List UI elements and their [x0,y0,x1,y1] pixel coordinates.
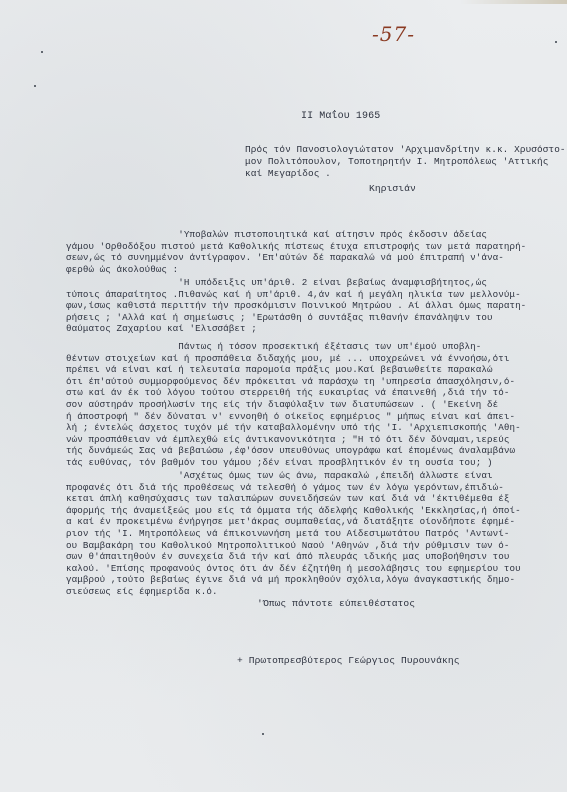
paper-speck [555,41,557,43]
body-line: στω καί άν έκ τού λόγου τούτου στερρειθή… [66,387,509,399]
body-line: θέντων στοιχείων καί ή προσπάθεια διδαχή… [66,353,509,365]
page-number: -57- [372,22,415,46]
body-line: τής δυνάμεώς Σας νά βεβαιώσω ,έφ'όσον υπ… [66,445,515,457]
body-line: κεται άπλή καθησύχασις των ταλαιπώρων συ… [66,493,509,505]
salutation: Κηρισιάν [369,183,416,195]
body-line: φων,ίσως καθιστά περιττήν τήν προσκόμισι… [66,300,526,312]
body-line: Πάντως ή τόσον προσεκτική έξέτασις των υ… [66,341,481,353]
body-line: σων θ'άπαιτηθούν έν συνεχεία διά τήν καί… [66,551,509,563]
closing-phrase: 'Όπως πάντοτε εύπειθέστατος [257,598,415,610]
body-line: γάμου 'Ορθοδόξου πιστού μετά Καθολικής π… [66,241,526,253]
body-line: άφορμής τής άναμείξεώς μου είς τά όμματα… [66,505,521,517]
addressee-line: μον Πολιτόπουλον, Τοποτηρητήν Ι. Μητροπό… [245,156,548,168]
body-line: 'Υποβαλών πιστοποιητικά καί αίτησιν πρός… [66,229,487,241]
addressee-line: καί Μεγαρίδος . [245,168,331,180]
body-line: σον αύστηράν προσήλωσίν της είς τήν διαφ… [66,399,498,411]
body-line: γαμβρού ,τούτο βεβαίως έγινε διά νά μή π… [66,574,515,586]
body-line: σιεύσεως είς έφημερίδα κ.ό. [66,586,218,598]
paper-speck [41,51,43,53]
body-line: φερθώ ώς άκολούθως : [66,264,178,276]
body-line: ου Βαμβακάρη του Καθολικού Μητροπολιτικο… [66,540,509,552]
body-line: προφανές ότι διά τής προθέσεως νά τελεσθ… [66,482,504,494]
body-line: ή άποστροφή " δέν δύναται ν' εννοηθή ό ο… [66,411,515,423]
signature: + Πρωτοπρεσβύτερος Γεώργιος Πυρουνάκης [237,655,460,667]
body-line: σεων,ώς τό συνημμένον άντίγραφον. 'Επ'αύ… [66,252,504,264]
body-line: καλού. 'Επίσης προφανούς όντος ότι άν δέ… [66,563,521,575]
body-line: τύποις άπαραίτητος .Πιθανώς καί ή υπ'άρι… [66,289,521,301]
body-line: ριον τής 'Ι. Μητροπόλεως νά έπικοινωνήση… [66,528,509,540]
body-line: 'Η υπόδειξις υπ'άριθ. 2 είναι βεβαίως άν… [66,277,487,289]
body-line: νών προσπάθειαν νά έμπλεχθώ είς άντικανο… [66,434,509,446]
paper-speck [262,733,264,735]
body-line: ρήσεις ; 'Αλλά καί ή σημείωσις ; 'Ερωτάσ… [66,312,493,324]
body-line: πρέπει νά είναι καί ή τελευταία παρομοία… [66,364,493,376]
body-line: ότι έπ'αύτού συμμορφούμενος δέν πρόκειτα… [66,376,515,388]
body-line: θαύματος Ζαχαρίου καί 'Ελισσάβετ ; [66,323,257,335]
addressee-line: Πρός τόν Πανοσιολογιώτατον 'Αρχιμανδρίτη… [245,144,566,156]
letter-date: II Μαΐου 1965 [301,111,380,123]
paper-edge [460,0,567,4]
body-line: τάς ευθύνας, τόν βαθμόν του γάμου ;δέν ε… [66,457,493,469]
body-line: λή ; έντελώς άσχετος τυχόν μέ τήν καταβα… [66,422,521,434]
paper-speck [34,85,36,87]
body-line: α καί έν προκειμένω ένήργησε μετ'άκρας σ… [66,516,515,528]
body-line: 'Ασχέτως όμως των ώς άνω, παρακαλώ ,έπει… [66,470,493,482]
